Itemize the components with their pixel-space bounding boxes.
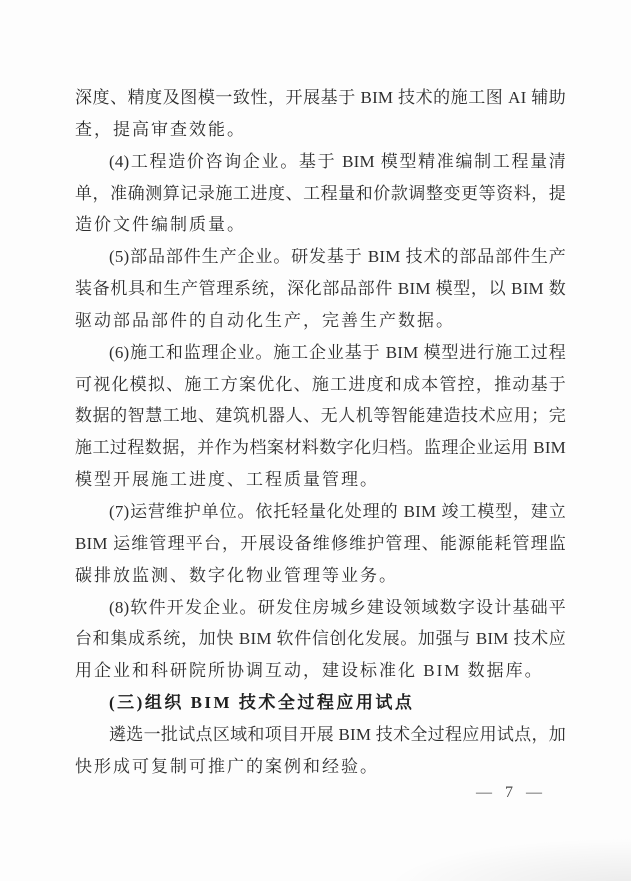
text-line: 深度、精度及图模一致性，开展基于 BIM 技术的施工图 AI 辅助审: [75, 82, 566, 114]
page-number: — 7 —: [476, 783, 543, 803]
document-page: 深度、精度及图模一致性，开展基于 BIM 技术的施工图 AI 辅助审查，提高审查…: [0, 0, 631, 881]
text-line: (6)施工和监理企业。施工企业基于 BIM 模型进行施工过程: [75, 337, 566, 369]
text-line: 快形成可复制可推广的案例和经验。: [75, 751, 566, 783]
text-line: 造价文件编制质量。: [75, 209, 566, 241]
text-line: (5)部品部件生产企业。研发基于 BIM 技术的部品部件生产: [75, 241, 566, 273]
text-line: (4)工程造价咨询企业。基于 BIM 模型精准编制工程量清: [75, 146, 566, 178]
text-line: 数据的智慧工地、建筑机器人、无人机等智能建造技术应用；完善: [75, 400, 566, 432]
text-line: (8)软件开发企业。研发住房城乡建设领域数字设计基础平: [75, 592, 566, 624]
text-line: 施工过程数据，并作为档案材料数字化归档。监理企业运用 BIM: [75, 432, 566, 464]
text-line: 用企业和科研院所协调互动，建设标准化 BIM 数据库。: [75, 655, 566, 687]
text-line: 台和集成系统，加快 BIM 软件信创化发展。加强与 BIM 技术应: [75, 623, 566, 655]
text-line: 装备机具和生产管理系统，深化部品部件 BIM 模型，以 BIM 数据: [75, 273, 566, 305]
text-block: 深度、精度及图模一致性，开展基于 BIM 技术的施工图 AI 辅助审查，提高审查…: [75, 82, 566, 783]
section-heading: (三)组织 BIM 技术全过程应用试点: [75, 687, 566, 719]
text-line: 可视化模拟、施工方案优化、施工进度和成本管控，推动基于 BIM: [75, 369, 566, 401]
text-line: 遴选一批试点区域和项目开展 BIM 技术全过程应用试点，加: [75, 719, 566, 751]
text-line: 查，提高审查效能。: [75, 114, 566, 146]
text-line: 碳排放监测、数字化物业管理等业务。: [75, 560, 566, 592]
text-line: 驱动部品部件的自动化生产，完善生产数据。: [75, 305, 566, 337]
text-line: (7)运营维护单位。依托轻量化处理的 BIM 竣工模型，建立: [75, 496, 566, 528]
scan-shadow: [391, 839, 631, 881]
text-line: BIM 运维管理平台，开展设备维修维护管理、能源能耗管理监控、: [75, 528, 566, 560]
text-line: 单，准确测算记录施工进度、工程量和价款调整变更等资料，提高: [75, 178, 566, 210]
text-line: 模型开展施工进度、工程质量管理。: [75, 464, 566, 496]
